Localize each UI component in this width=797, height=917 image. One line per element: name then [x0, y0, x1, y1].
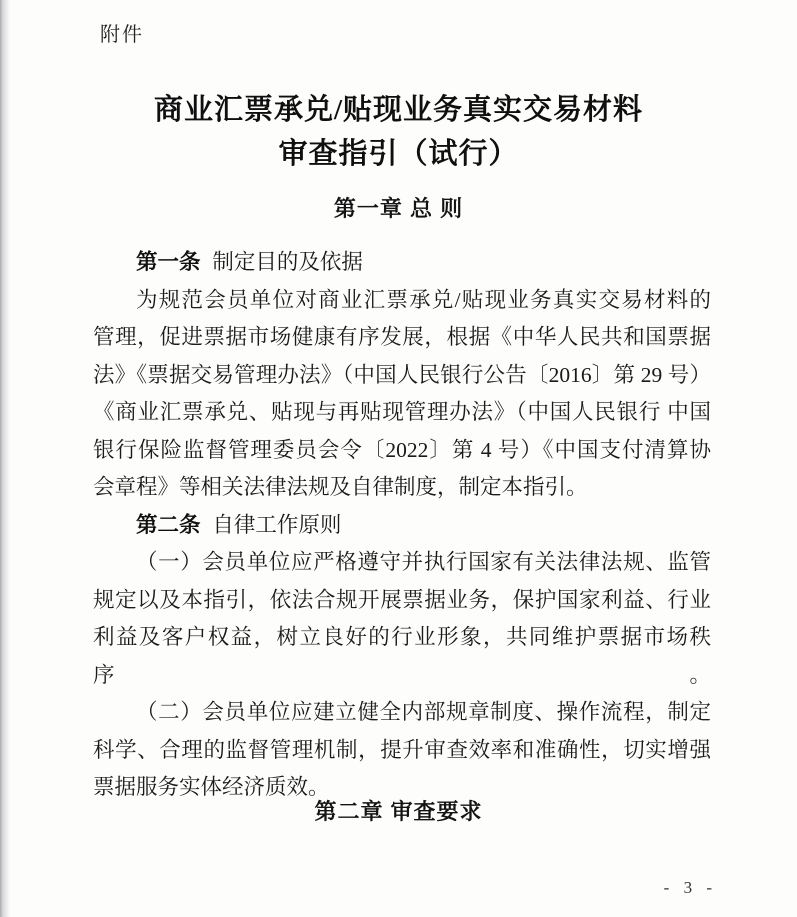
- body-text-line: 为规范会员单位对商业汇票承兑/贴现业务真实交易材料的: [93, 282, 711, 320]
- article-title: 制定目的及依据: [212, 250, 363, 274]
- body-text-line: （二）会员单位应建立健全内部规章制度、操作流程，制定: [93, 694, 711, 732]
- line-text: 会章程》等相关法律法规及自律制度，制定本指引。: [93, 475, 588, 499]
- article-number: 第一条: [136, 250, 201, 274]
- body-text-line: 会章程》等相关法律法规及自律制度，制定本指引。: [93, 469, 711, 507]
- chapter-1-heading: 第一章 总 则: [0, 194, 797, 224]
- line-text: 法》《票据交易管理办法》（中国人民银行公告〔2016〕第 29 号）: [93, 363, 711, 387]
- article-heading-line: 第二条自律工作原则: [93, 507, 711, 545]
- line-text: 票据服务实体经济质效。: [93, 775, 330, 799]
- line-text: 《商业汇票承兑、贴现与再贴现管理办法》（中国人民银行 中国: [93, 400, 711, 424]
- line-text: 利益及客户权益，树立良好的行业形象，共同维护票据市场秩序。: [93, 625, 711, 687]
- line-text: 规定以及本指引，依法合规开展票据业务，保护国家利益、行业: [93, 588, 711, 612]
- attachment-label: 附件: [100, 20, 144, 50]
- line-text: 银行保险监督管理委员会令〔2022〕第 4 号）《中国支付清算协: [93, 438, 711, 462]
- article-title: 自律工作原则: [212, 513, 341, 537]
- chapter-2-heading: 第二章 审查要求: [0, 797, 797, 827]
- body-text-line: 科学、合理的监督管理机制，提升审查效率和准确性，切实增强: [93, 732, 711, 770]
- article-number: 第二条: [136, 513, 201, 537]
- document-body: 第一条制定目的及依据为规范会员单位对商业汇票承兑/贴现业务真实交易材料的管理，促…: [93, 244, 711, 807]
- document-title-line1: 商业汇票承兑/贴现业务真实交易材料: [0, 88, 797, 132]
- document-title: 商业汇票承兑/贴现业务真实交易材料 审查指引（试行）: [0, 88, 797, 176]
- body-text-line: （一）会员单位应严格遵守并执行国家有关法律法规、监管: [93, 544, 711, 582]
- body-text-line: 管理，促进票据市场健康有序发展，根据《中华人民共和国票据: [93, 319, 711, 357]
- body-text-line: 法》《票据交易管理办法》（中国人民银行公告〔2016〕第 29 号）: [93, 357, 711, 395]
- line-text: 为规范会员单位对商业汇票承兑/贴现业务真实交易材料的: [136, 288, 711, 312]
- scanned-document-page: 附件 商业汇票承兑/贴现业务真实交易材料 审查指引（试行） 第一章 总 则 第一…: [0, 0, 797, 917]
- body-text-line: 规定以及本指引，依法合规开展票据业务，保护国家利益、行业: [93, 582, 711, 620]
- body-text-line: 银行保险监督管理委员会令〔2022〕第 4 号）《中国支付清算协: [93, 432, 711, 470]
- article-heading-line: 第一条制定目的及依据: [93, 244, 711, 282]
- body-text-line: 《商业汇票承兑、贴现与再贴现管理办法》（中国人民银行 中国: [93, 394, 711, 432]
- document-title-line2: 审查指引（试行）: [0, 132, 797, 176]
- line-text: （二）会员单位应建立健全内部规章制度、操作流程，制定: [136, 700, 711, 724]
- page-number: - 3 -: [664, 876, 717, 900]
- line-text: 管理，促进票据市场健康有序发展，根据《中华人民共和国票据: [93, 325, 711, 349]
- body-text-line: 利益及客户权益，树立良好的行业形象，共同维护票据市场秩序。: [93, 619, 711, 694]
- line-text: （一）会员单位应严格遵守并执行国家有关法律法规、监管: [136, 550, 711, 574]
- line-text: 科学、合理的监督管理机制，提升审查效率和准确性，切实增强: [93, 738, 711, 762]
